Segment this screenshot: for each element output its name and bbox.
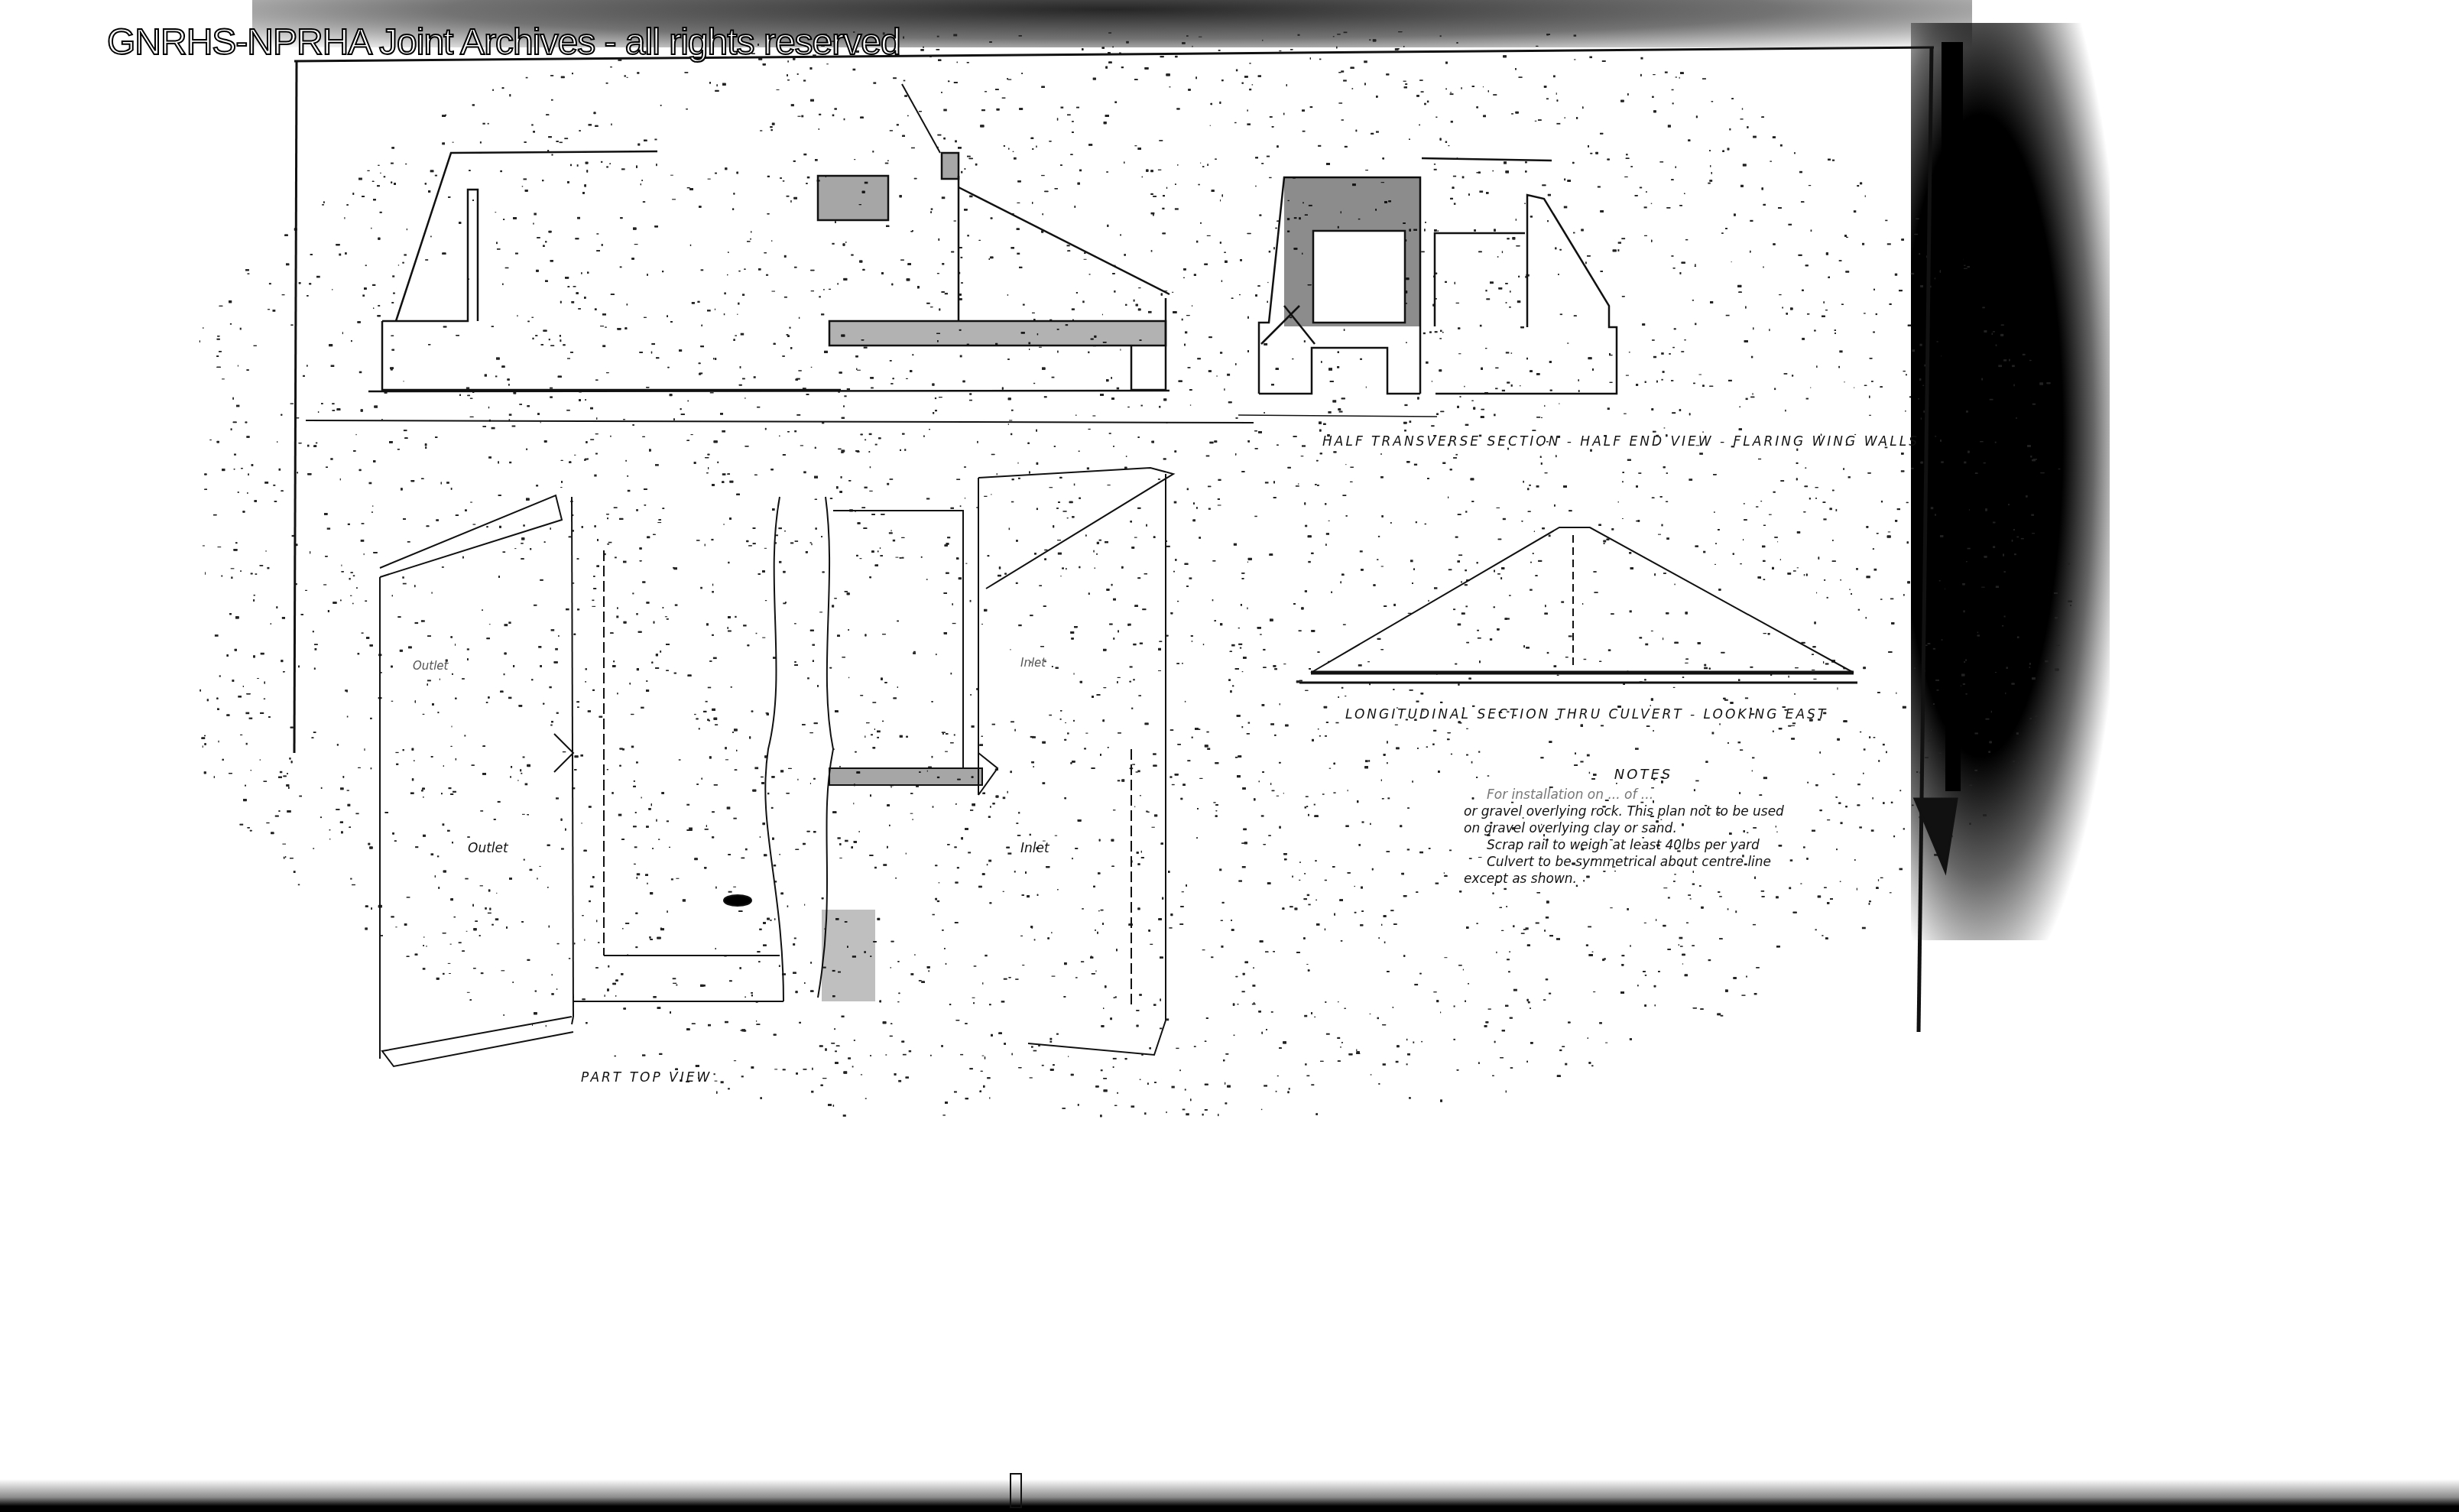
view-title-transverse-section: Half Transverse Section - Half End View … [1322,434,1919,449]
note-line: on gravel overlying clay or sand. [1464,820,1823,837]
transverse-section-left [368,151,1169,391]
label-outlet-upper: Outlet [413,659,448,673]
note-line: except as shown. [1464,871,1823,887]
label-inlet-upper: Inlet [1020,656,1046,670]
note-line: or gravel overlying rock. This plan not … [1464,803,1823,820]
notes-heading: Notes [1464,767,1823,784]
note-line: Culvert to be symmetrical about centre l… [1464,854,1823,871]
drawing-sheet: GNRHS-NPRHA Joint Archives - all rights … [0,0,2459,1512]
note-line: Scrap rail to weigh at least 40lbs per y… [1464,837,1823,854]
archive-watermark: GNRHS-NPRHA Joint Archives - all rights … [107,21,900,63]
scan-speckle [200,31,2072,1117]
view-title-part-top-view: Part Top View [581,1070,712,1085]
notes-lines: For installation on ... of ...or gravel … [1464,787,1823,887]
bottom-edge-marker [1011,1474,1021,1507]
label-inlet: Inlet [1020,841,1049,856]
note-line: For installation on ... of ... [1464,787,1823,803]
view-title-longitudinal-section: Longitudinal Section thru Culvert - look… [1345,707,1828,722]
culvert-drawing [0,0,2459,1512]
headwall-section [818,84,1169,390]
label-outlet: Outlet [468,841,508,856]
longitudinal-section [1299,527,1857,683]
notes-block: Notes For installation on ... of ...or g… [1464,767,1823,887]
half-end-view [1238,158,1617,417]
